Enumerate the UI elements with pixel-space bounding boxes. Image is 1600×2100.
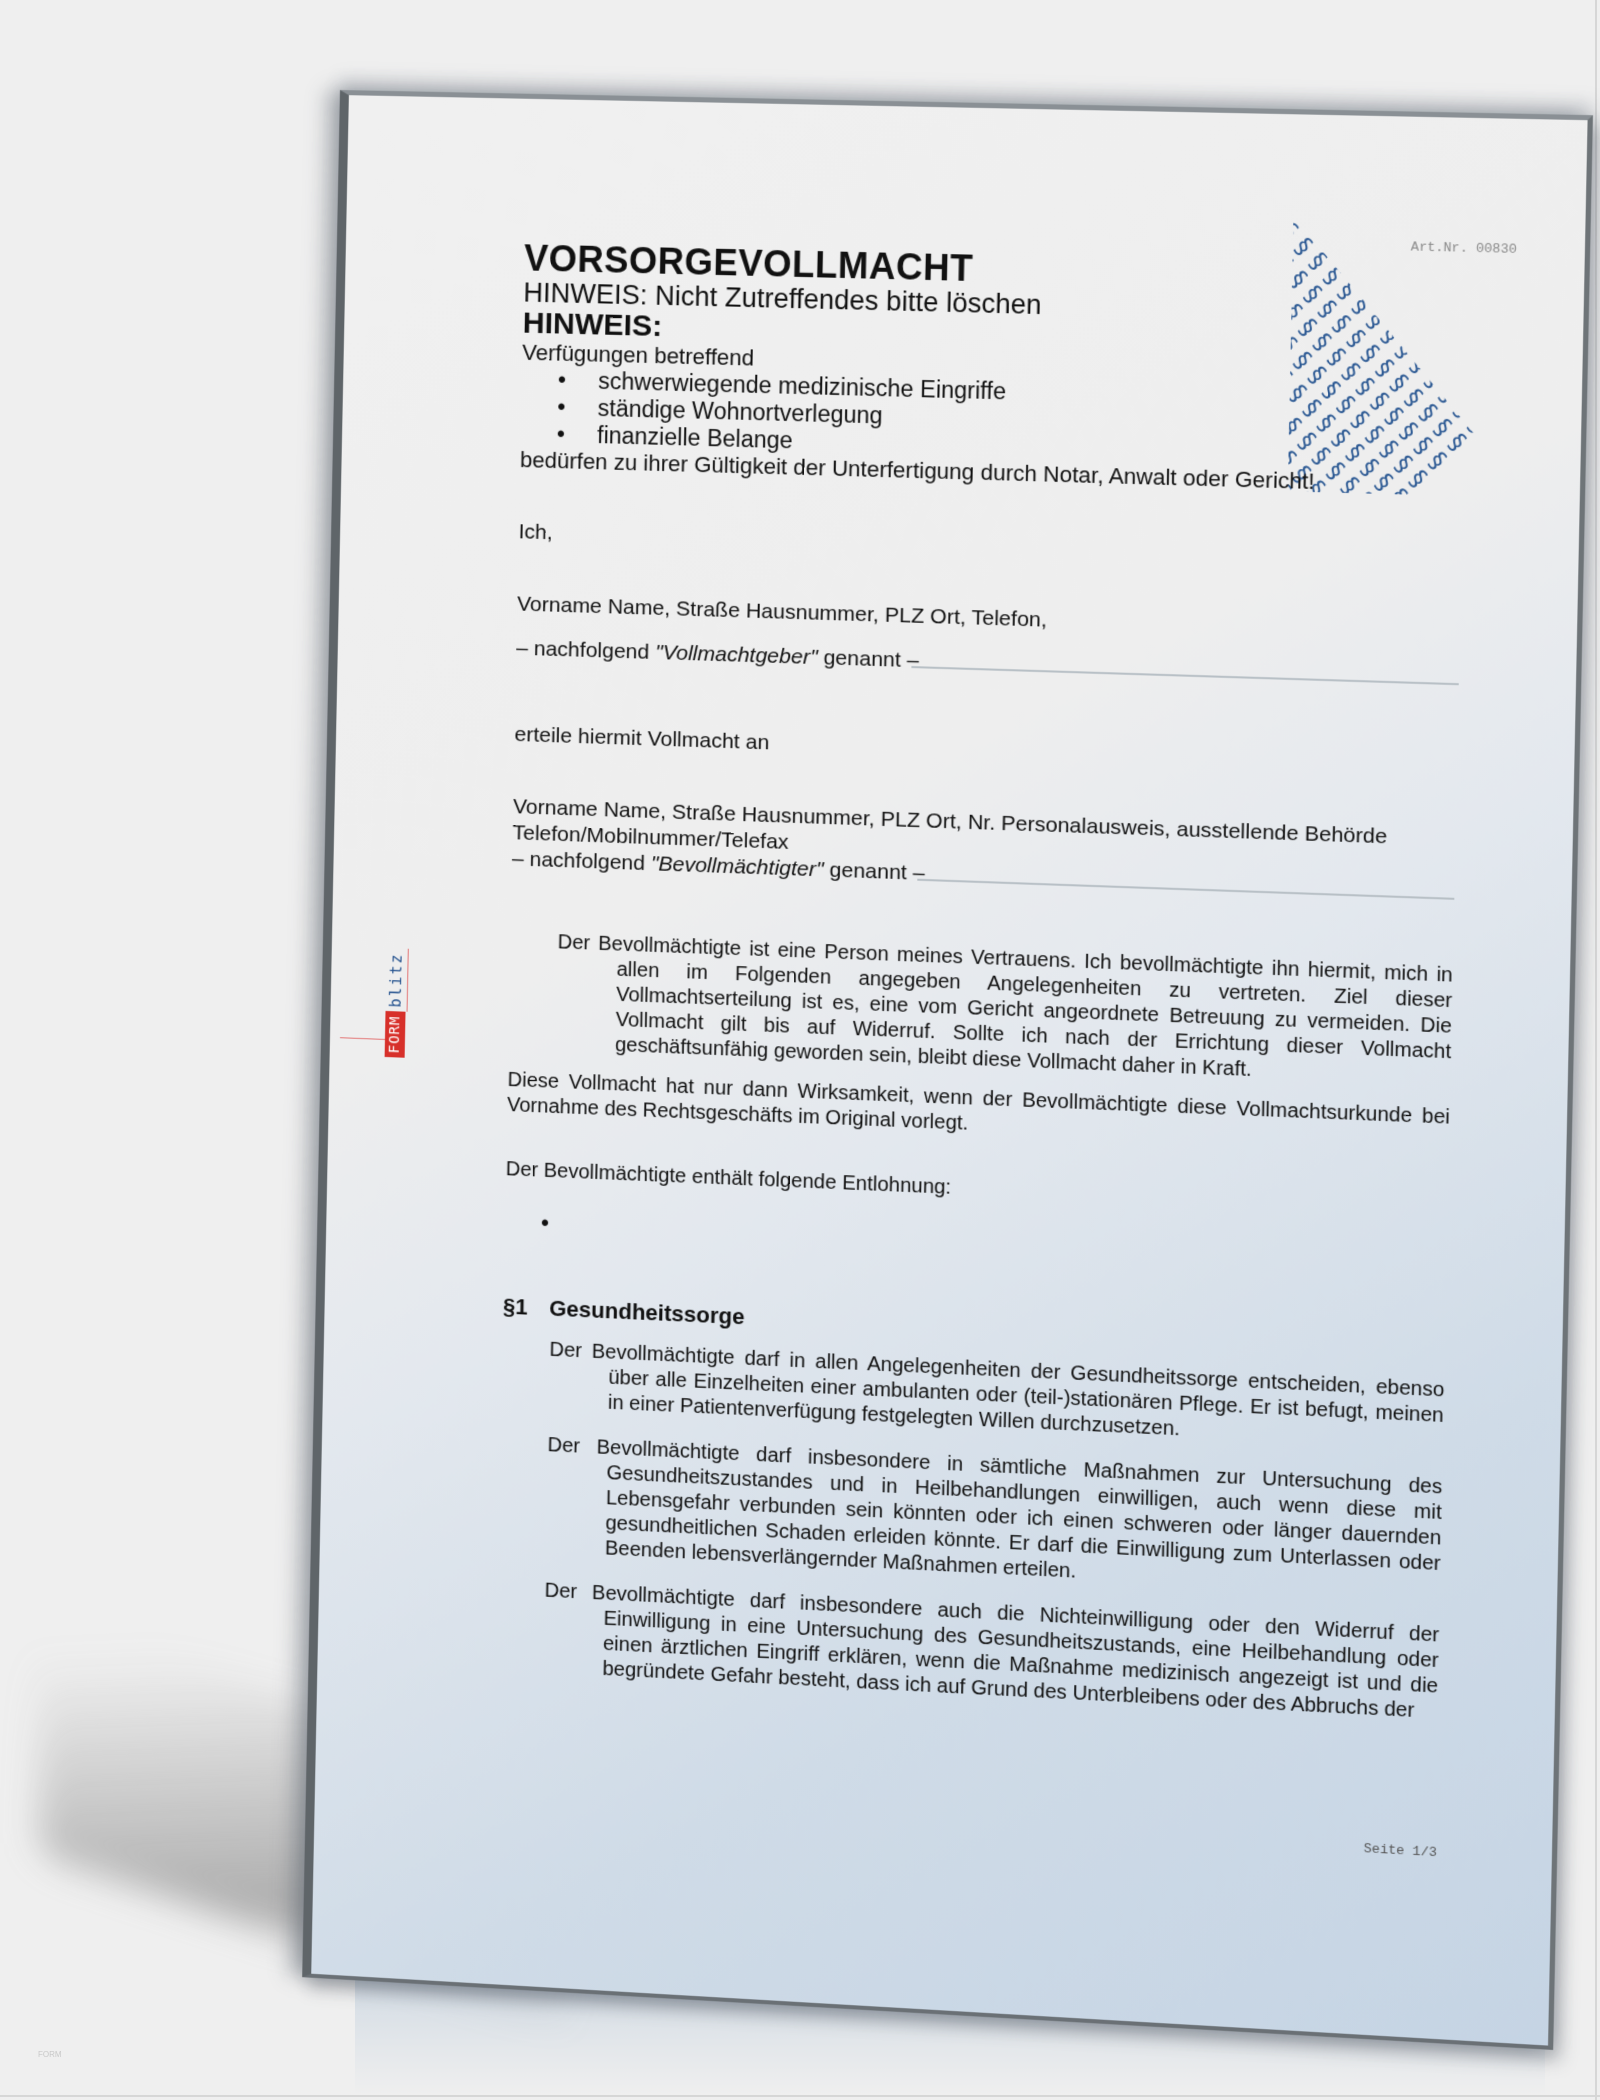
page-number: Seite 1/3 [1364,1841,1437,1860]
frame-bottom-border [0,2095,1600,2097]
agent-term: "Bevollmächtigter" [651,852,824,881]
article-number: Art.Nr. 00830 [1411,239,1517,257]
section-paragraph: Der Bevollmächtigte darf insbesondere in… [545,1433,1442,1603]
brand-form-text: FORM [385,1011,406,1058]
grantor-term: "Vollmachtgeber" [655,641,818,669]
document-preview: Art.Nr. 00830 §§§§§§§§§§§§§§ §§§§§§§§§§§… [340,90,1560,1990]
formblitz-logo: FORM blitz [380,897,413,1058]
compensation-list [504,1208,1447,1276]
section-paragraph: Der Bevollmächtigte darf insbesondere au… [543,1579,1440,1726]
corner-watermark-text: FORM [38,2050,62,2059]
document-page: Art.Nr. 00830 §§§§§§§§§§§§§§ §§§§§§§§§§§… [302,90,1593,2050]
compensation-item[interactable] [581,1211,1447,1275]
frame-right-border [1595,0,1597,2100]
section-number: §1 [503,1293,550,1321]
brand-blitz-text: blitz [384,948,408,1012]
document-body: VORSORGEVOLLMACHT HINWEIS: Nicht Zutreff… [496,239,1468,1725]
